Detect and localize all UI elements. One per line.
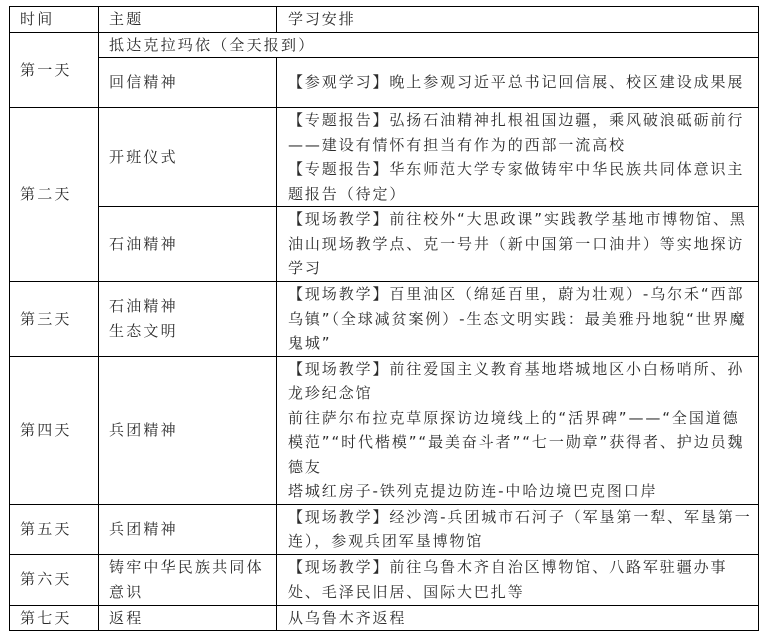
plan-cell: 【现场教学】前往校外“大思政课”实践教学基地市博物馆、黑油山现场教学点、克一号井… [277, 207, 759, 282]
table-row: 第二天 开班仪式 【专题报告】弘扬石油精神扎根祖国边疆，乘风破浪砥砺前行——建设… [10, 108, 759, 207]
table-row: 第五天 兵团精神 【现场教学】经沙湾-兵团城市石河子（军垦第一犁、军垦第一连），… [10, 504, 759, 554]
topic-line: 石油精神 [109, 294, 276, 319]
day-cell: 第二天 [10, 108, 99, 282]
header-plan: 学习安排 [277, 7, 759, 33]
plan-line: 塔城红房子-铁列克提边防连-中哈边境巴克图口岸 [288, 479, 754, 504]
plan-cell: 【现场教学】经沙湾-兵团城市石河子（军垦第一犁、军垦第一连），参观兵团军垦博物馆 [277, 504, 759, 554]
topic-cell: 石油精神 生态文明 [99, 282, 277, 357]
merged-cell: 抵达克拉玛依（全天报到） [99, 32, 759, 58]
day-cell: 第五天 [10, 504, 99, 554]
plan-cell: 【现场教学】前往爱国主义教育基地塔城地区小白杨哨所、孙龙珍纪念馆 前往萨尔布拉克… [277, 356, 759, 504]
plan-cell: 【参观学习】晚上参观习近平总书记回信展、校区建设成果展 [277, 58, 759, 108]
plan-line: 【专题报告】弘扬石油精神扎根祖国边疆，乘风破浪砥砺前行——建设有情怀有担当有作为… [288, 108, 754, 157]
schedule-table: 时间 主题 学习安排 第一天 抵达克拉玛依（全天报到） 回信精神 【参观学习】晚… [9, 6, 759, 631]
day-cell: 第六天 [10, 554, 99, 605]
table-row: 第四天 兵团精神 【现场教学】前往爱国主义教育基地塔城地区小白杨哨所、孙龙珍纪念… [10, 356, 759, 504]
plan-line: 【专题报告】华东师范大学专家做铸牢中华民族共同体意识主题报告（待定） [288, 157, 754, 206]
header-time: 时间 [10, 7, 99, 33]
topic-cell: 石油精神 [99, 207, 277, 282]
topic-cell: 兵团精神 [99, 356, 277, 504]
plan-cell: 【现场教学】前往乌鲁木齐自治区博物馆、八路军驻疆办事处、毛泽民旧居、国际大巴扎等 [277, 554, 759, 605]
topic-cell: 兵团精神 [99, 504, 277, 554]
plan-cell: 从乌鲁木齐返程 [277, 605, 759, 631]
table-row: 第六天 铸牢中华民族共同体意识 【现场教学】前往乌鲁木齐自治区博物馆、八路军驻疆… [10, 554, 759, 605]
table-row: 石油精神 【现场教学】前往校外“大思政课”实践教学基地市博物馆、黑油山现场教学点… [10, 207, 759, 282]
plan-cell: 【现场教学】百里油区（绵延百里，蔚为壮观）-乌尔禾“西部乌镇”（全球减贫案例）-… [277, 282, 759, 357]
table-row: 第一天 抵达克拉玛依（全天报到） [10, 32, 759, 58]
plan-line: 前往萨尔布拉克草原探访边境线上的“活界碑”——“全国道德模范”“时代楷模”“最美… [288, 406, 754, 480]
topic-cell: 返程 [99, 605, 277, 631]
plan-cell: 【专题报告】弘扬石油精神扎根祖国边疆，乘风破浪砥砺前行——建设有情怀有担当有作为… [277, 108, 759, 207]
table-row: 第七天 返程 从乌鲁木齐返程 [10, 605, 759, 631]
header-row: 时间 主题 学习安排 [10, 7, 759, 33]
day-cell: 第三天 [10, 282, 99, 357]
day-cell: 第四天 [10, 356, 99, 504]
topic-line: 生态文明 [109, 319, 276, 344]
topic-cell: 回信精神 [99, 58, 277, 108]
table-row: 回信精神 【参观学习】晚上参观习近平总书记回信展、校区建设成果展 [10, 58, 759, 108]
plan-line: 【现场教学】前往爱国主义教育基地塔城地区小白杨哨所、孙龙珍纪念馆 [288, 357, 754, 406]
topic-cell: 铸牢中华民族共同体意识 [99, 554, 277, 605]
table-row: 第三天 石油精神 生态文明 【现场教学】百里油区（绵延百里，蔚为壮观）-乌尔禾“… [10, 282, 759, 357]
day-cell: 第七天 [10, 605, 99, 631]
topic-cell: 开班仪式 [99, 108, 277, 207]
header-topic: 主题 [99, 7, 277, 33]
day-cell: 第一天 [10, 32, 99, 108]
